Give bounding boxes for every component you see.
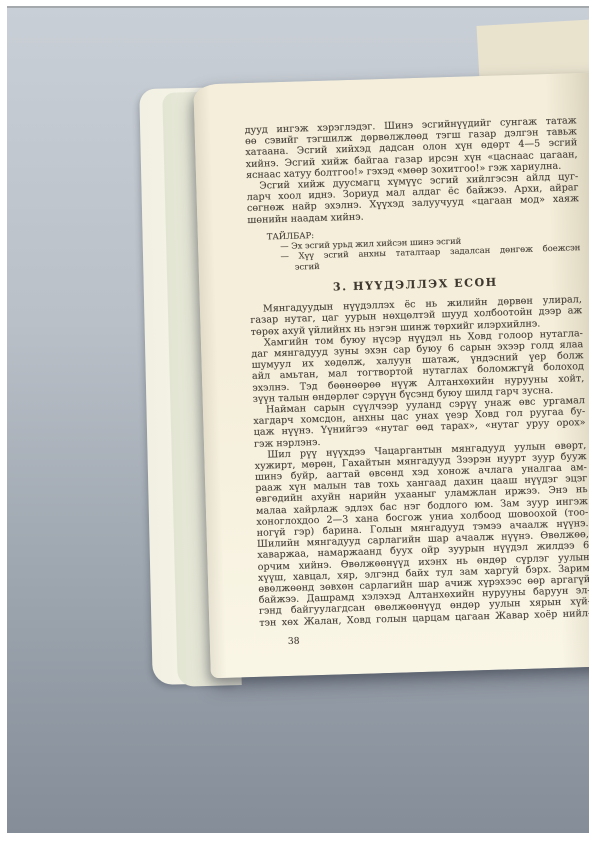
- paragraph: дууд ингэж хэрэглэдэг. Шинэ эсгийнүүдийг…: [245, 115, 579, 181]
- section-heading: 3. НҮҮДЭЛЛЭХ ЕСОН: [249, 273, 581, 296]
- page-number: 38: [260, 627, 589, 648]
- scanner-background: дууд ингэж хэрэглэдэг. Шинэ эсгийнүүдийг…: [7, 6, 589, 833]
- paragraph: Шил рүү нүүхдээ Чацаргантын мянгадууд уу…: [254, 440, 589, 629]
- paragraph: Хамгийн том буюу нүсэр нүүдэл нь Ховд го…: [251, 328, 585, 405]
- paragraph: Эсгий хийж дуусмагц хүмүүс эсгий хийлгэс…: [246, 171, 579, 226]
- scanned-book-page: дууд ингэж хэрэглэдэг. Шинэ эсгийнүүдийг…: [0, 0, 595, 842]
- footnote-block: ТАЙЛБАР:— Эх эсгий урьд жил хийсэн шинэ …: [248, 222, 581, 273]
- book-page: дууд ингэж хэрэглэдэг. Шинэ эсгийнүүдийг…: [193, 72, 589, 679]
- page-text-area: дууд ингэж хэрэглэдэг. Шинэ эсгийнүүдийг…: [245, 115, 589, 648]
